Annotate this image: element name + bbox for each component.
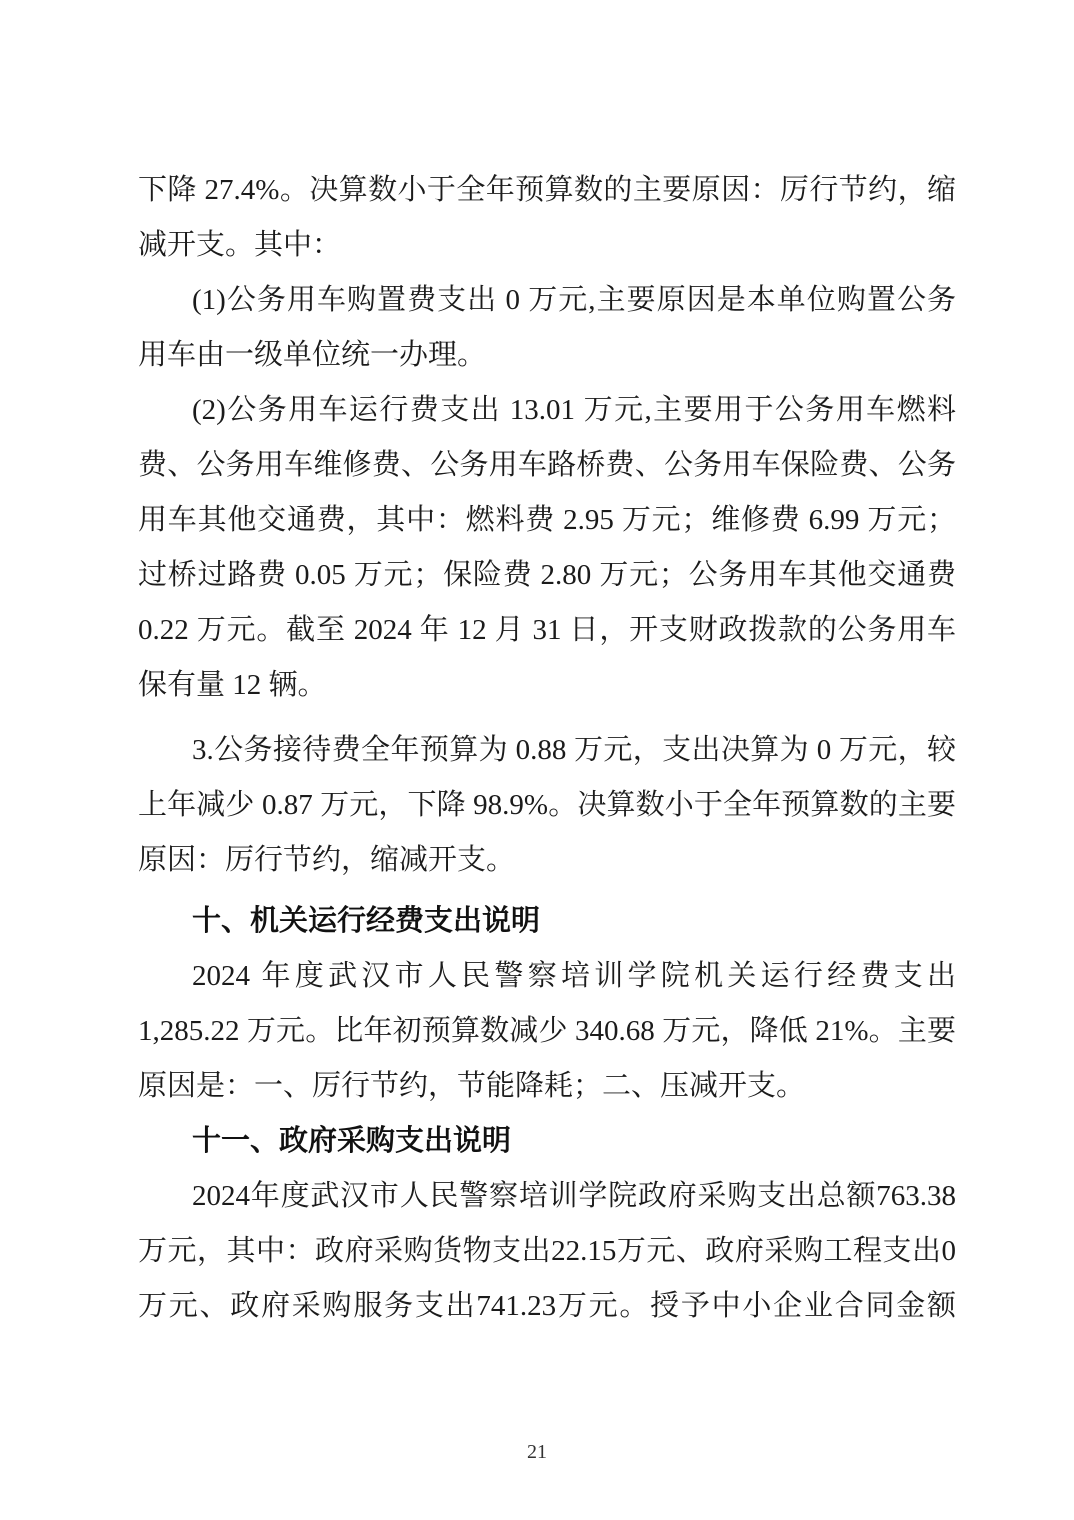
body-line: 用车由一级单位统一办理。 (138, 328, 956, 383)
body-line: 保有量 12 辆。 (138, 658, 956, 713)
body-line: 用车其他交通费，其中：燃料费 2.95 万元；维修费 6.99 万元； (138, 493, 956, 548)
body-line: 0.22 万元。截至 2024 年 12 月 31 日，开支财政拨款的公务用车 (138, 603, 956, 658)
paragraph-vehicle-purchase: (1)公务用车购置费支出 0 万元,主要原因是本单位购置公务 用车由一级单位统一… (138, 273, 956, 383)
section-heading-10: 十、机关运行经费支出说明 (138, 894, 956, 949)
body-line: 费、公务用车维修费、公务用车路桥费、公务用车保险费、公务 (138, 438, 956, 493)
document-page: 下降 27.4%。决算数小于全年预算数的主要原因：厉行节约，缩 减开支。其中： … (0, 0, 1074, 1520)
body-line: 3.公务接待费全年预算为 0.88 万元，支出决算为 0 万元，较 (138, 723, 956, 778)
document-body: 下降 27.4%。决算数小于全年预算数的主要原因：厉行节约，缩 减开支。其中： … (138, 163, 956, 1334)
section-heading-text: 十一、政府采购支出说明 (138, 1114, 956, 1169)
body-line: 2024年度武汉市人民警察培训学院政府采购支出总额763.38 (138, 1169, 956, 1224)
paragraph-vehicle-operation: (2)公务用车运行费支出 13.01 万元,主要用于公务用车燃料 费、公务用车维… (138, 383, 956, 713)
body-line: 下降 27.4%。决算数小于全年预算数的主要原因：厉行节约，缩 (138, 163, 956, 218)
body-line: 1,285.22 万元。比年初预算数减少 340.68 万元，降低 21%。主要 (138, 1004, 956, 1059)
body-line: 万元、政府采购服务支出741.23万元。授予中小企业合同金额 (138, 1279, 956, 1334)
body-line: (2)公务用车运行费支出 13.01 万元,主要用于公务用车燃料 (138, 383, 956, 438)
body-line: 2024 年度武汉市人民警察培训学院机关运行经费支出 (138, 949, 956, 1004)
body-line: 万元，其中：政府采购货物支出22.15万元、政府采购工程支出0 (138, 1224, 956, 1279)
section-heading-11: 十一、政府采购支出说明 (138, 1114, 956, 1169)
page-number: 21 (0, 1440, 1074, 1464)
paragraph-government-procurement: 2024年度武汉市人民警察培训学院政府采购支出总额763.38 万元，其中：政府… (138, 1169, 956, 1334)
paragraph-official-reception: 3.公务接待费全年预算为 0.88 万元，支出决算为 0 万元，较 上年减少 0… (138, 723, 956, 888)
body-line: 上年减少 0.87 万元，下降 98.9%。决算数小于全年预算数的主要 (138, 778, 956, 833)
body-line: 原因是：一、厉行节约，节能降耗；二、压减开支。 (138, 1059, 956, 1114)
paragraph-continuation: 下降 27.4%。决算数小于全年预算数的主要原因：厉行节约，缩 减开支。其中： (138, 163, 956, 273)
section-heading-text: 十、机关运行经费支出说明 (138, 894, 956, 949)
paragraph-operating-expenses: 2024 年度武汉市人民警察培训学院机关运行经费支出 1,285.22 万元。比… (138, 949, 956, 1114)
body-line: 减开支。其中： (138, 218, 956, 273)
body-line: 原因：厉行节约，缩减开支。 (138, 833, 956, 888)
body-line: 过桥过路费 0.05 万元；保险费 2.80 万元；公务用车其他交通费 (138, 548, 956, 603)
body-line: (1)公务用车购置费支出 0 万元,主要原因是本单位购置公务 (138, 273, 956, 328)
